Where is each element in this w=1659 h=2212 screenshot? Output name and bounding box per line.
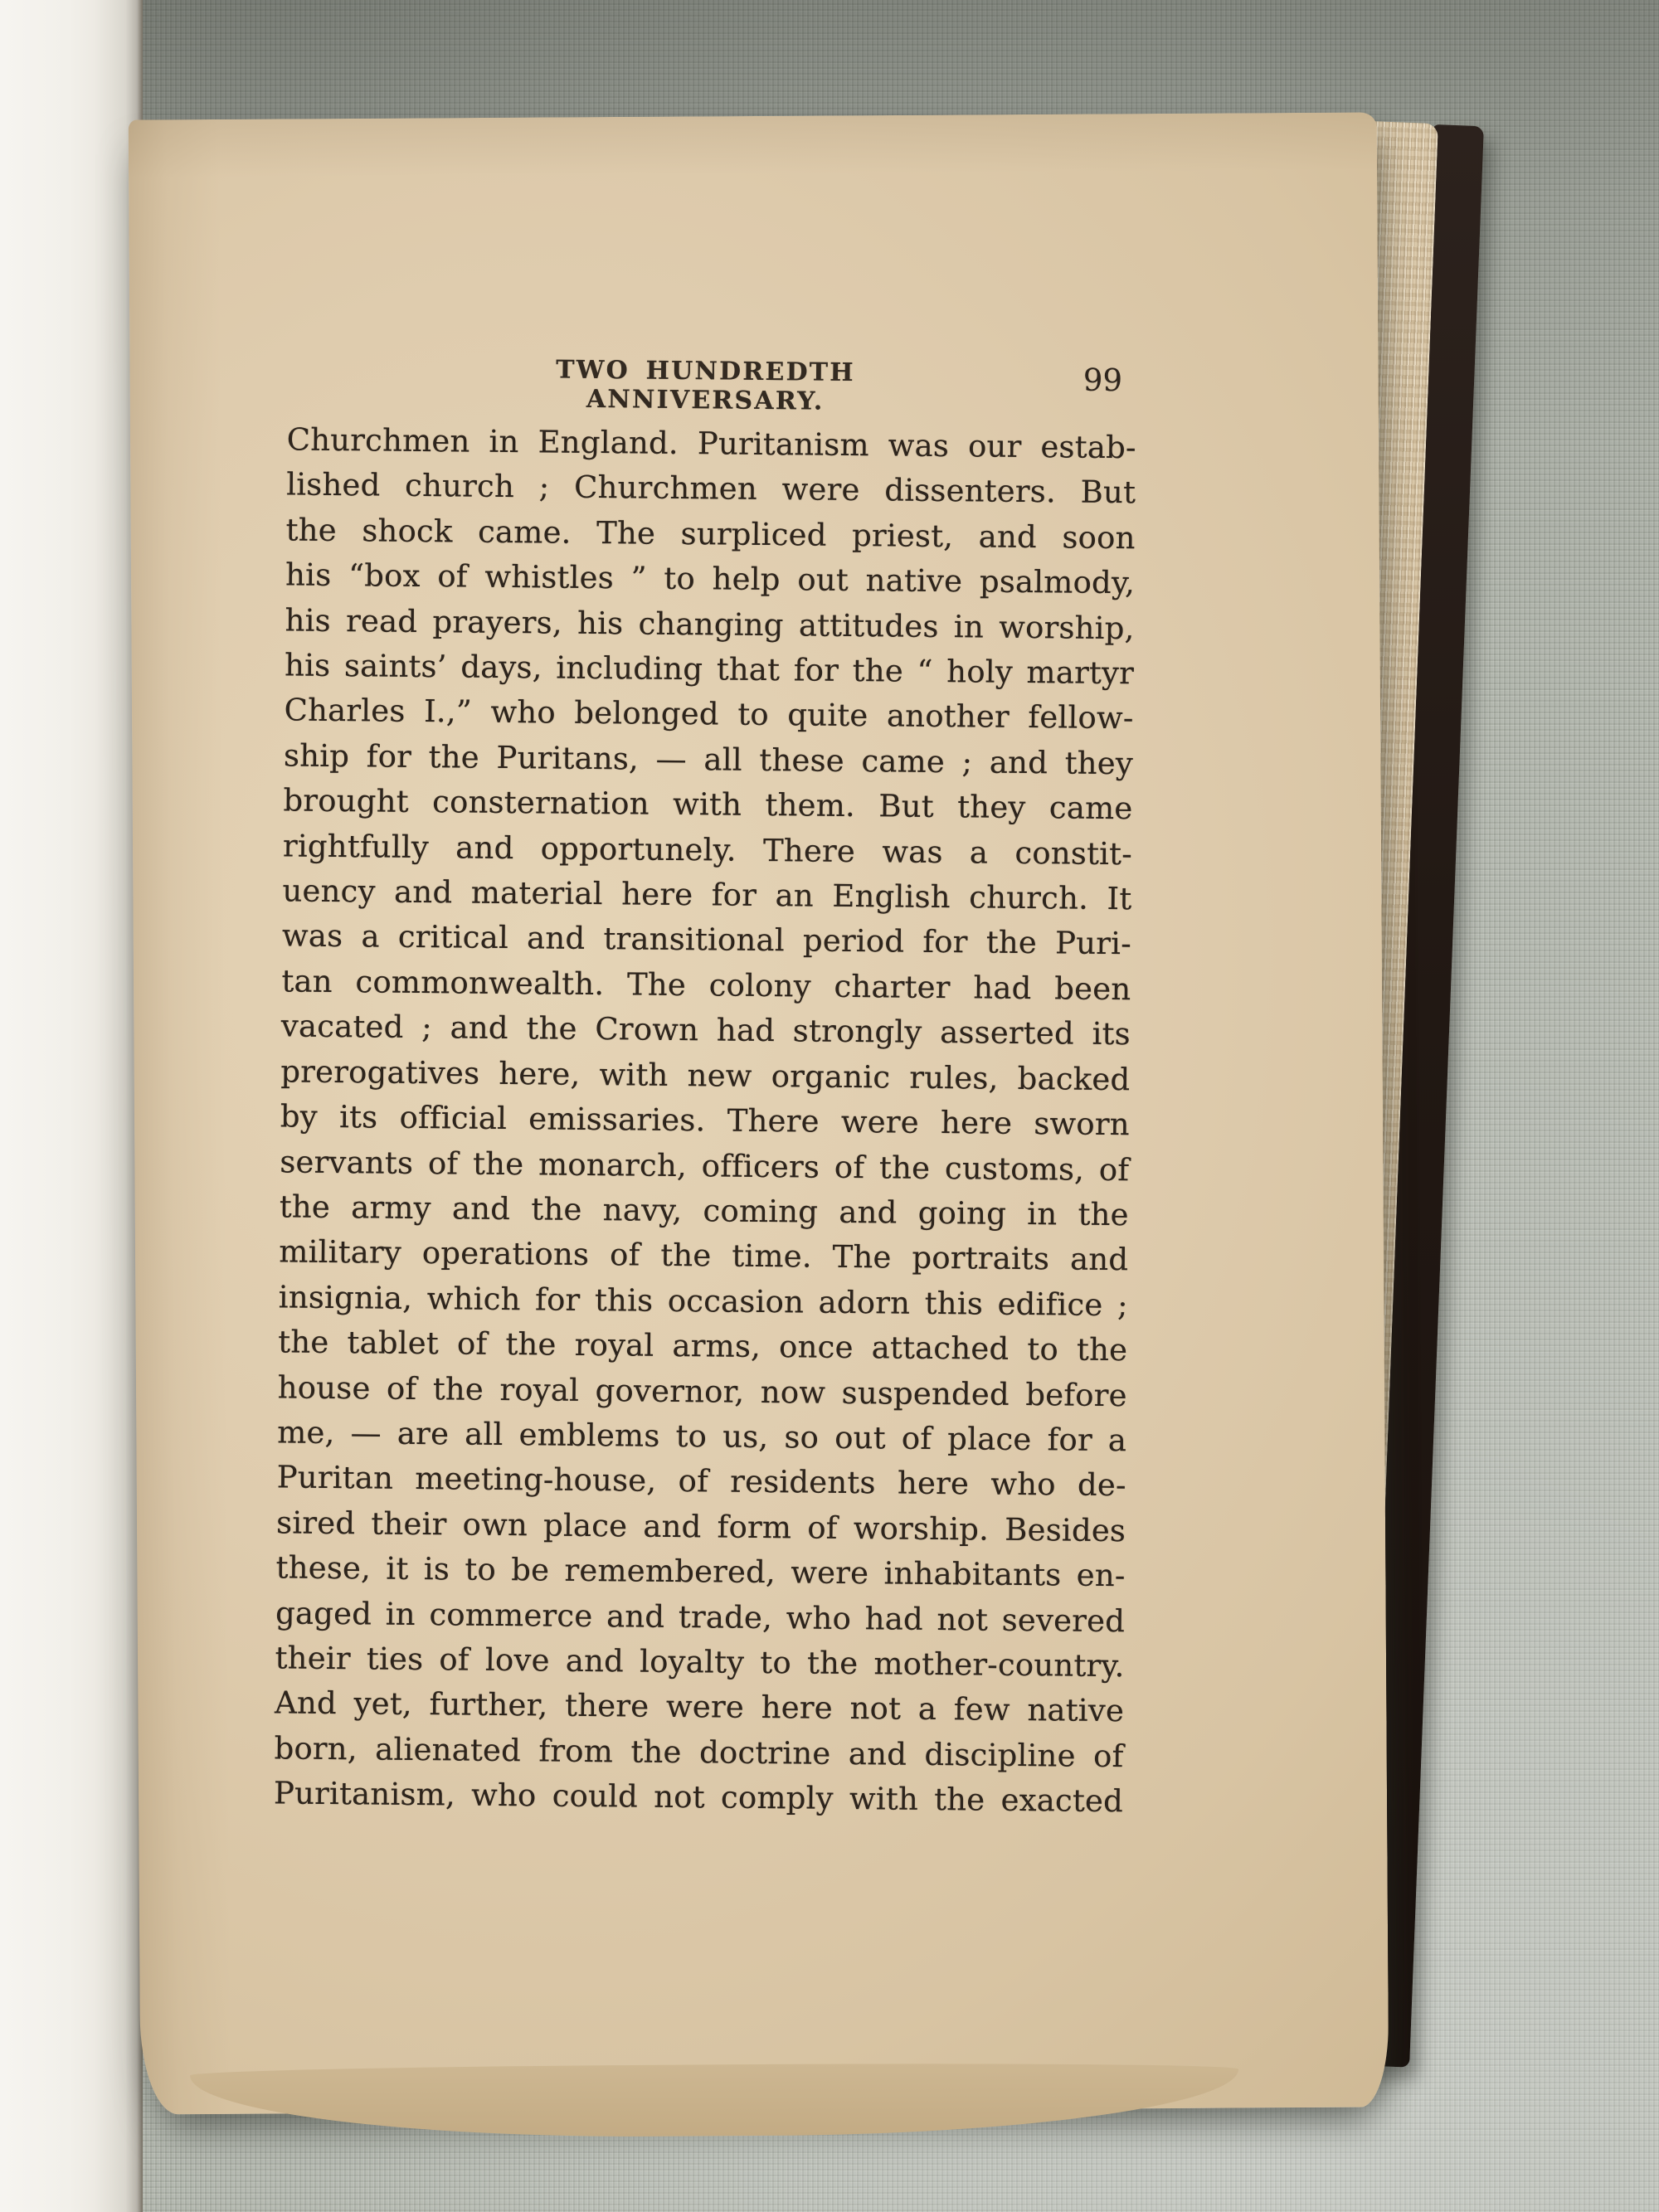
- text-line: lished church ; Churchmen were dissenter…: [286, 463, 1136, 516]
- text-line: their ties of love and loyalty to the mo…: [275, 1636, 1124, 1689]
- text-line: me, — are all emblems to us, so out of p…: [277, 1410, 1126, 1463]
- text-line: was a critical and transitional period f…: [282, 914, 1131, 967]
- text-line: prerogatives here, with new organic rule…: [280, 1049, 1130, 1102]
- text-line: gaged in commerce and trade, who had not…: [275, 1591, 1125, 1644]
- text-line: the tablet of the royal arms, once attac…: [278, 1320, 1127, 1373]
- text-line: his “box of whistles ” to help out nativ…: [285, 553, 1135, 606]
- text-line: Charles I.,” who belonged to quite anoth…: [284, 688, 1133, 741]
- running-header: TWO HUNDREDTH ANNIVERSARY.: [456, 354, 955, 417]
- text-line: his saints’ days, including that for the…: [285, 643, 1134, 696]
- text-line: his read prayers, his changing attitudes…: [285, 598, 1134, 651]
- book-page: TWO HUNDREDTH ANNIVERSARY. 99 Churchmen …: [129, 112, 1389, 2114]
- text-line: Puritan meeting-house, of residents here…: [276, 1456, 1126, 1509]
- text-line: brought consternation with them. But the…: [283, 779, 1132, 832]
- page-body-text: Churchmen in England. Puritanism was our…: [274, 417, 1136, 1824]
- text-line: Puritanism, who could not comply with th…: [274, 1772, 1123, 1825]
- book-photo-scene: TWO HUNDREDTH ANNIVERSARY. 99 Churchmen …: [0, 0, 1659, 2212]
- text-line: vacated ; and the Crown had strongly ass…: [281, 1004, 1131, 1057]
- text-line: servants of the monarch, officers of the…: [280, 1140, 1129, 1193]
- text-line: military operations of the time. The por…: [279, 1230, 1128, 1283]
- text-line: the army and the navy, coming and going …: [280, 1184, 1129, 1237]
- text-line: by its official emissaries. There were h…: [280, 1094, 1130, 1147]
- text-line: rightfully and opportunely. There was a …: [283, 824, 1132, 877]
- text-line: uency and material here for an English c…: [282, 868, 1131, 921]
- text-line: ship for the Puritans, — all these came …: [284, 733, 1133, 786]
- text-line: insignia, which for this occasion adorn …: [279, 1275, 1128, 1328]
- text-line: Churchmen in England. Puritanism was our…: [286, 417, 1136, 470]
- text-line: tan commonwealth. The colony charter had…: [281, 959, 1131, 1012]
- page-content: TWO HUNDREDTH ANNIVERSARY. 99 Churchmen …: [114, 113, 1382, 2119]
- page-number: 99: [1065, 362, 1140, 398]
- text-line: the shock came. The surpliced priest, an…: [285, 508, 1135, 561]
- text-line: And yet, further, there were here not a …: [275, 1681, 1124, 1734]
- text-line: these, it is to be remembered, were inha…: [275, 1546, 1125, 1599]
- text-line: house of the royal governor, now suspend…: [277, 1365, 1126, 1418]
- text-line: sired their own place and form of worshi…: [276, 1500, 1126, 1553]
- text-line: born, alienated from the doctrine and di…: [274, 1726, 1123, 1779]
